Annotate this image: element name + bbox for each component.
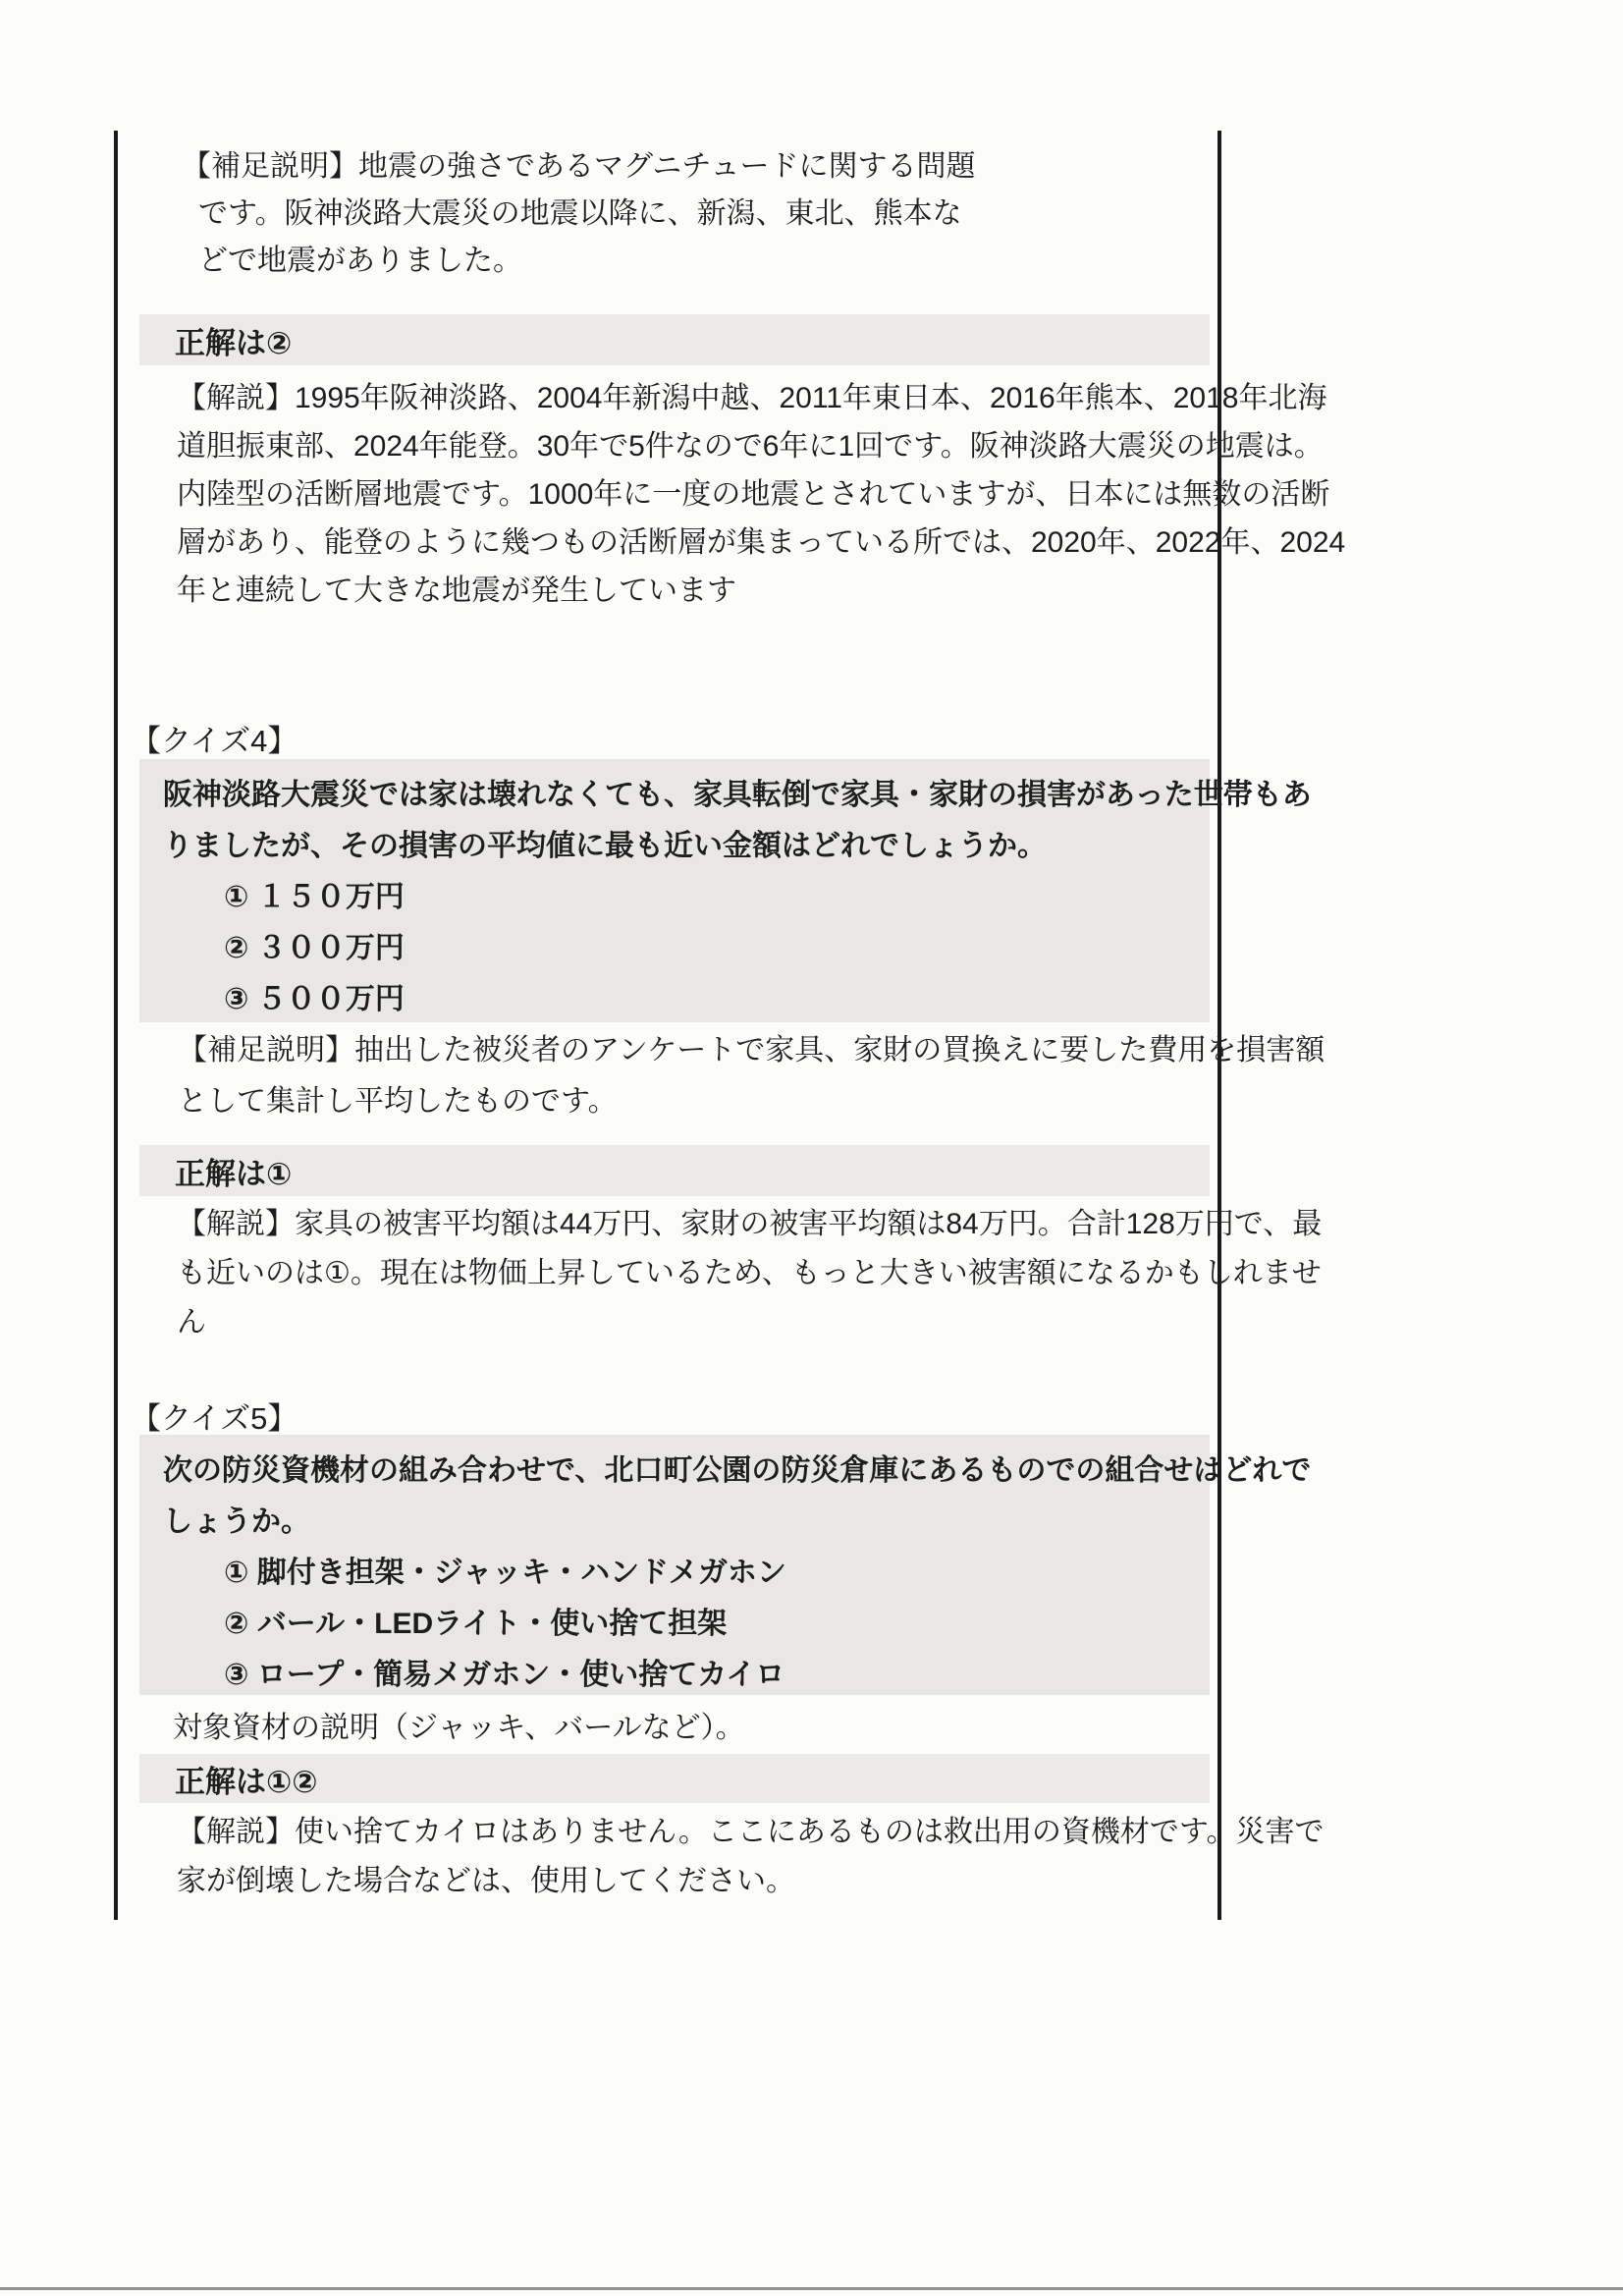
text-line: 【補足説明】地震の強さであるマグニチュードに関する問題 bbox=[182, 143, 976, 191]
text-line: 年と連続して大きな地震が発生しています bbox=[177, 567, 1345, 615]
quiz5-option-2: ② バール・LEDライト・使い捨て担架 bbox=[163, 1599, 1210, 1650]
quiz5-question-line: 次の防災資機材の組み合わせで、北口町公園の防災倉庫にあるものでの組合せはどれで bbox=[163, 1446, 1210, 1497]
text-line: 【解説】家具の被害平均額は44万円、家財の被害平均額は84万円。合計128万円で… bbox=[177, 1200, 1322, 1249]
page-bottom-rule bbox=[0, 2287, 1623, 2290]
quiz4-answer-label: 正解は① bbox=[175, 1149, 292, 1193]
quiz5-explanation: 【解説】使い捨てカイロはありません。ここにあるものは救出用の資機材です。災害で … bbox=[177, 1808, 1325, 1906]
quiz4-option-3: ③ ５００万円 bbox=[163, 974, 1210, 1025]
quiz4-answer-bar: 正解は① bbox=[139, 1145, 1210, 1196]
quiz5-materials-note: 対象資材の説明（ジャッキ、バールなど）。 bbox=[173, 1703, 745, 1746]
quiz5-question-line: しょうか。 bbox=[163, 1497, 1210, 1548]
text-line: として集計し平均したものです。 bbox=[178, 1076, 1325, 1127]
text-line: 層があり、能登のように幾つもの活断層が集まっている所では、2020年、2022年… bbox=[177, 519, 1345, 567]
quiz3-explanation: 【解説】1995年阪神淡路、2004年新潟中越、2011年東日本、2016年熊本… bbox=[177, 374, 1345, 615]
quiz4-question-line: りましたが、その損害の平均値に最も近い金額はどれでしょうか。 bbox=[163, 821, 1210, 872]
table-border-left bbox=[114, 131, 118, 1920]
text-line: ん bbox=[177, 1298, 1322, 1347]
quiz4-header: 【クイズ4】 bbox=[131, 716, 298, 760]
text-line: 【解説】使い捨てカイロはありません。ここにあるものは救出用の資機材です。災害で bbox=[177, 1808, 1325, 1857]
text-line: も近いのは①。現在は物価上昇しているため、もっと大きい被害額になるかもしれませ bbox=[177, 1249, 1322, 1298]
quiz3-supplement-note: 【補足説明】地震の強さであるマグニチュードに関する問題 です。阪神淡路大震災の地… bbox=[182, 143, 976, 285]
scanned-document-page: 【補足説明】地震の強さであるマグニチュードに関する問題 です。阪神淡路大震災の地… bbox=[0, 0, 1623, 2296]
text-line: 【解説】1995年阪神淡路、2004年新潟中越、2011年東日本、2016年熊本… bbox=[177, 374, 1345, 422]
quiz4-question-box: 阪神淡路大震災では家は壊れなくても、家具転倒で家具・家財の損害があった世帯もあ … bbox=[139, 759, 1210, 1022]
quiz4-option-2: ② ３００万円 bbox=[163, 923, 1210, 974]
quiz5-question-box: 次の防災資機材の組み合わせで、北口町公園の防災倉庫にあるものでの組合せはどれで … bbox=[139, 1435, 1210, 1695]
text-line: 家が倒壊した場合などは、使用してください。 bbox=[177, 1857, 1325, 1906]
quiz3-answer-bar: 正解は② bbox=[139, 314, 1210, 365]
quiz5-option-3: ③ ロープ・簡易メガホン・使い捨てカイロ bbox=[163, 1650, 1210, 1701]
text-line: 【補足説明】抽出した被災者のアンケートで家具、家財の買換えに要した費用を損害額 bbox=[178, 1025, 1325, 1076]
text-line: どで地震がありました。 bbox=[182, 238, 976, 285]
quiz4-explanation: 【解説】家具の被害平均額は44万円、家財の被害平均額は84万円。合計128万円で… bbox=[177, 1200, 1322, 1347]
quiz4-question-line: 阪神淡路大震災では家は壊れなくても、家具転倒で家具・家財の損害があった世帯もあ bbox=[163, 770, 1210, 821]
quiz4-supplement-note: 【補足説明】抽出した被災者のアンケートで家具、家財の買換えに要した費用を損害額 … bbox=[178, 1025, 1325, 1127]
text-line: です。阪神淡路大震災の地震以降に、新潟、東北、熊本な bbox=[182, 191, 976, 238]
quiz5-answer-label: 正解は①② bbox=[175, 1757, 318, 1801]
text-line: 対象資材の説明（ジャッキ、バールなど）。 bbox=[173, 1703, 745, 1746]
quiz3-answer-label: 正解は② bbox=[175, 318, 292, 362]
quiz5-option-1: ① 脚付き担架・ジャッキ・ハンドメガホン bbox=[163, 1548, 1210, 1599]
quiz5-header: 【クイズ5】 bbox=[131, 1394, 298, 1438]
text-line: 道胆振東部、2024年能登。30年で5件なので6年に1回です。阪神淡路大震災の地… bbox=[177, 422, 1345, 470]
quiz4-option-1: ① １５０万円 bbox=[163, 872, 1210, 923]
text-line: 内陸型の活断層地震です。1000年に一度の地震とされていますが、日本には無数の活… bbox=[177, 470, 1345, 519]
quiz5-answer-bar: 正解は①② bbox=[139, 1754, 1210, 1803]
